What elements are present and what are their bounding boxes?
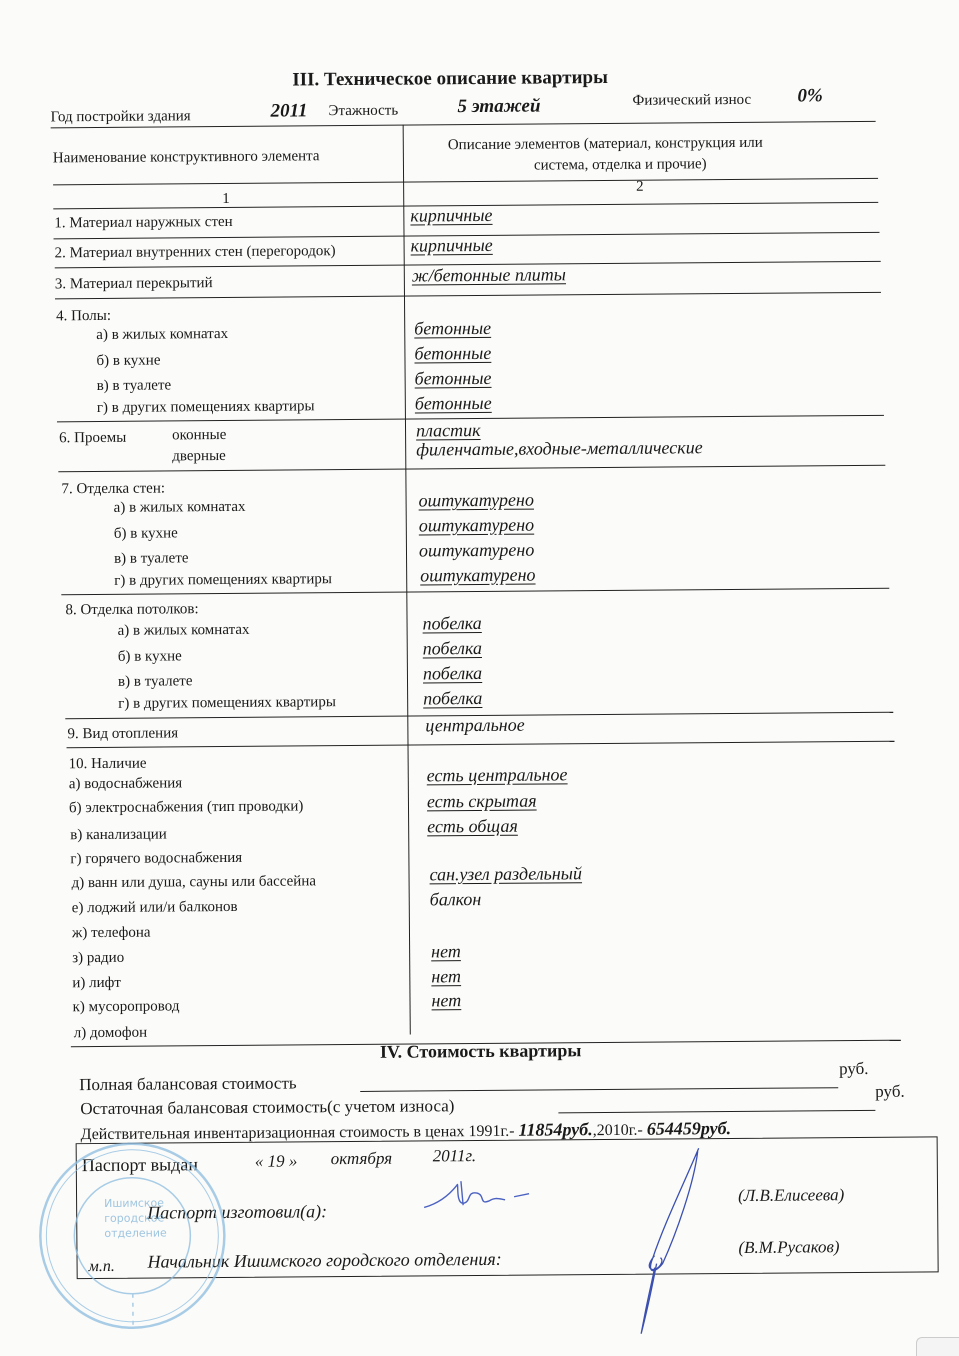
row-openings-label: 6. Проемы: [59, 430, 126, 448]
ceiling-item-label: б) в кухне: [118, 648, 182, 666]
presence-item-value: нет: [431, 990, 461, 1011]
wear-label: Физический износ: [632, 92, 751, 110]
floors-item-value: бетонные: [415, 393, 492, 415]
presence-item-label: л) домофон: [74, 1025, 147, 1043]
presence-item-label: а) водоснабжения: [69, 775, 182, 793]
wall-finish-item-label: б) в кухне: [114, 525, 178, 543]
full-cost-currency: руб.: [839, 1059, 869, 1079]
ceiling-item-label: а) в жилых комнатах: [118, 622, 250, 640]
presence-item-value: есть общая: [427, 816, 518, 838]
floors-item-value: бетонные: [415, 368, 492, 390]
floors-item-label: в) в туалете: [97, 377, 172, 395]
openings-item-label: дверные: [172, 448, 226, 465]
openings-item-value: филенчатые,входные-металлические: [416, 437, 703, 460]
wall-finish-item-value: оштукатурено: [420, 565, 535, 587]
row-heating-value: центральное: [425, 715, 524, 737]
row-outer-walls-value: кирпичные: [410, 205, 492, 227]
year-value: 2011: [270, 100, 307, 122]
presence-item-value: нет: [431, 966, 461, 987]
presence-item-value: нет: [431, 941, 461, 962]
stamp-center-line: отделение: [104, 1225, 167, 1240]
organization-stamp: Ишимское городское отделение: [22, 1135, 254, 1337]
stamp-center-line: городское: [104, 1210, 164, 1225]
divider: [67, 741, 895, 749]
ceiling-item-value: побелка: [423, 663, 482, 684]
row-ceiling-finish-label: 8. Отделка потолков:: [65, 601, 198, 619]
wall-finish-item-label: в) в туалете: [114, 550, 189, 568]
presence-item-label: з) радио: [72, 950, 124, 967]
wall-finish-item-value: оштукатурено: [419, 490, 534, 512]
stamp-center-line: Ишимское: [104, 1195, 164, 1210]
openings-item-label: оконные: [172, 427, 226, 444]
document-page: III. Техническое описание квартиры Год п…: [0, 0, 959, 1356]
row-wall-finish-label: 7. Отделка стен:: [61, 480, 165, 498]
presence-item-label: д) ванн или душа, сауны или бассейна: [72, 873, 317, 892]
row-slab-value: ж/бетонные плиты: [412, 264, 566, 286]
row-heating-label: 9. Вид отопления: [67, 725, 178, 743]
floors-item-value: бетонные: [414, 343, 491, 365]
presence-item-label: е) лоджий или/и балконов: [72, 899, 238, 917]
presence-item-value: балкон: [430, 889, 482, 910]
head-name: (В.М.Русаков): [738, 1237, 839, 1258]
presence-item-label: б) электроснабжения (тип проводки): [69, 798, 304, 817]
floors-item-label: г) в других помещениях квартиры: [97, 398, 315, 417]
full-cost-field: [360, 1087, 838, 1092]
signature-maker-icon: [419, 1175, 539, 1216]
col2-header-line2: система, отделка и прочие): [534, 156, 707, 174]
viewer-corner-tab[interactable]: [916, 1337, 959, 1356]
column-divider: [403, 125, 411, 1035]
presence-item-value: сан.узел раздельный: [429, 863, 582, 885]
presence-item-label: к) мусоропровод: [72, 998, 179, 1016]
presence-item-label: в) канализации: [70, 826, 167, 844]
floors-label: Этажность: [328, 103, 398, 121]
col1-header: Наименование конструктивного элемента: [53, 148, 320, 167]
signature-head-icon: [624, 1143, 706, 1339]
divider: [53, 178, 878, 185]
col1-number: 1: [222, 191, 230, 208]
residual-cost-field: [558, 1110, 875, 1113]
presence-item-label: и) лифт: [72, 975, 121, 992]
row-slab-label: 3. Материал перекрытий: [55, 275, 213, 293]
row-inner-walls-value: кирпичные: [411, 235, 493, 257]
year-label: Год постройки здания: [51, 108, 191, 126]
col2-header-line1: Описание элементов (материал, конструкци…: [448, 135, 763, 154]
ceiling-item-label: в) в туалете: [118, 673, 193, 691]
issued-month: октября: [331, 1149, 392, 1169]
floors-value: 5 этажей: [457, 96, 540, 119]
row-outer-walls-label: 1. Материал наружных стен: [54, 214, 232, 232]
col2-number: 2: [636, 179, 644, 196]
section-4-title: IV. Стоимость квартиры: [380, 1040, 582, 1063]
presence-item-label: ж) телефона: [72, 925, 151, 943]
ceiling-item-label: г) в других помещениях квартиры: [118, 694, 336, 713]
wall-finish-item-label: а) в жилых комнатах: [114, 499, 246, 517]
presence-item-value: есть скрытая: [427, 791, 537, 813]
floors-item-label: а) в жилых комнатах: [96, 326, 228, 344]
issued-day: « 19 »: [255, 1151, 298, 1171]
issued-year: 2011г.: [433, 1146, 477, 1166]
residual-cost-currency: руб.: [875, 1082, 905, 1102]
section-3-title: III. Техническое описание квартиры: [292, 67, 608, 91]
inventory-sep: ,2010г.-: [593, 1122, 643, 1139]
wear-value: 0%: [797, 85, 823, 107]
presence-item-value: есть центральное: [427, 764, 568, 786]
wall-finish-item-value: оштукатурено: [419, 515, 534, 537]
floors-item-label: б) в кухне: [96, 353, 160, 371]
row-inner-walls-label: 2. Материал внутренних стен (перегородок…: [55, 243, 336, 262]
residual-cost-label: Остаточная балансовая стоимость(с учетом…: [80, 1096, 454, 1119]
presence-item-label: г) горячего водоснабжения: [70, 850, 242, 868]
ceiling-item-value: побелка: [423, 638, 482, 659]
inventory-2010-value: 654459руб.: [647, 1118, 731, 1139]
floors-item-value: бетонные: [414, 318, 491, 340]
divider: [58, 465, 885, 472]
row-floors-label: 4. Полы:: [56, 308, 111, 325]
inventory-1991-value: 11854руб.: [518, 1119, 592, 1140]
divider: [55, 292, 881, 299]
wall-finish-item-value: оштукатурено: [419, 540, 534, 562]
ceiling-item-value: побелка: [422, 613, 481, 634]
made-by-name: (Л.В.Елисеева): [738, 1185, 844, 1206]
row-presence-label: 10. Наличие: [69, 756, 147, 774]
full-cost-label: Полная балансовая стоимость: [79, 1073, 297, 1095]
ceiling-item-value: побелка: [423, 688, 482, 709]
wall-finish-item-label: г) в других помещениях квартиры: [114, 571, 332, 590]
